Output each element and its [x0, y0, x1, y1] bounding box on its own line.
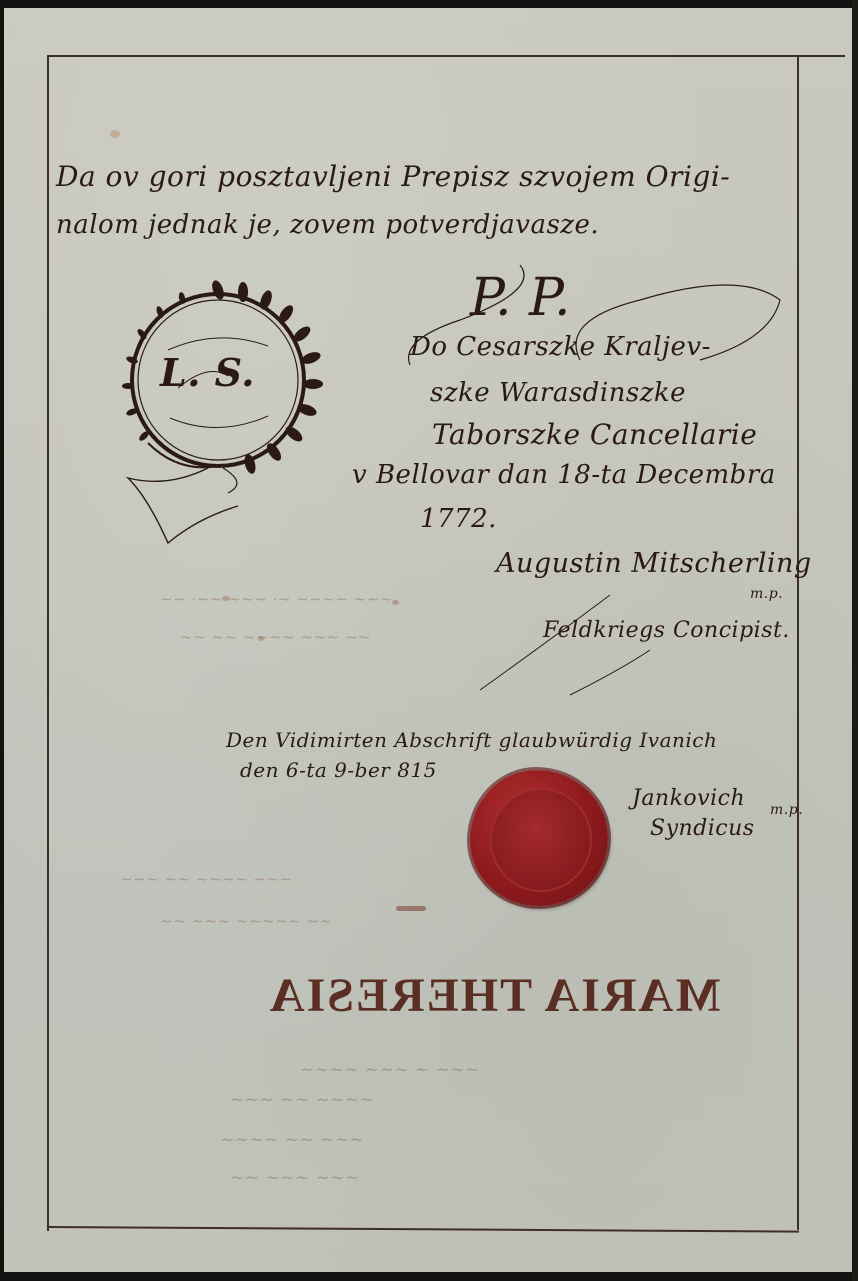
- frame-right-rule: [797, 55, 799, 1230]
- page-edge: [852, 0, 858, 1281]
- bleedthrough-line: ~~~ ~~ ~~~~ ~~~: [120, 870, 293, 888]
- issuer-line-4: v Bellovar dan 18-ta Decembra: [352, 460, 776, 490]
- issuer-flourish-icon: [400, 260, 790, 380]
- issuer-year: 1772.: [420, 504, 497, 534]
- bleedthrough-heading: MARIA THERESIA: [268, 968, 721, 1023]
- certification-line-1: Da ov gori posztavljeni Prepisz szvojem …: [56, 160, 730, 193]
- seal-impression: [490, 788, 592, 892]
- bleedthrough-line: ~~~~ ~~~ ~ ~~~: [300, 1060, 480, 1080]
- bleedthrough-line: ~~ ~~~ ~~~~~ ~~: [160, 912, 333, 930]
- signature1-mp: m.p.: [750, 586, 783, 602]
- issuer-line-1: Do Cesarszke Kraljev-: [410, 332, 711, 362]
- bleedthrough-line: ~~ ~~~ ~~~: [230, 1168, 360, 1188]
- bleedthrough-line: ~~~ ~~ ~~~~: [230, 1090, 375, 1110]
- signature2-title: Syndicus: [650, 816, 755, 841]
- frame-top-rule: [47, 55, 845, 57]
- locus-sigilli-wreath-icon: [108, 268, 338, 558]
- ink-stain: [110, 130, 120, 138]
- bleedthrough-line: ~~ ·~~ ~~~ ·~ ~~~~ ~~~: [160, 590, 393, 608]
- bleedthrough-line: ~~~~ ~~ ~~~: [220, 1130, 365, 1150]
- ink-stain: [392, 600, 399, 605]
- frame-left-rule: [47, 55, 49, 1231]
- signature1-flourish-icon: [470, 590, 670, 700]
- issuer-line-2: szke Warasdinszke: [430, 378, 686, 408]
- signature2-mp: m.p.: [770, 802, 803, 818]
- signature1-name: Augustin Mitscherling: [496, 548, 812, 579]
- issuer-line-3: Taborszke Cancellarie: [432, 418, 757, 451]
- signature2-name: Jankovich: [632, 786, 745, 811]
- attestation-line-2: den 6-ta 9-ber 815: [240, 758, 437, 782]
- certification-line-2: nalom jednak je, zovem potverdjavasze.: [56, 210, 599, 240]
- red-wax-seal: [470, 770, 608, 906]
- ink-stain: [396, 906, 426, 911]
- locus-sigilli-label: L. S.: [160, 350, 255, 395]
- attestation-line-1: Den Vidimirten Abschrift glaubwürdig Iva…: [226, 728, 717, 752]
- bleedthrough-line: ~~ ~~ ~~~~ ~~~ ~~: [180, 628, 371, 646]
